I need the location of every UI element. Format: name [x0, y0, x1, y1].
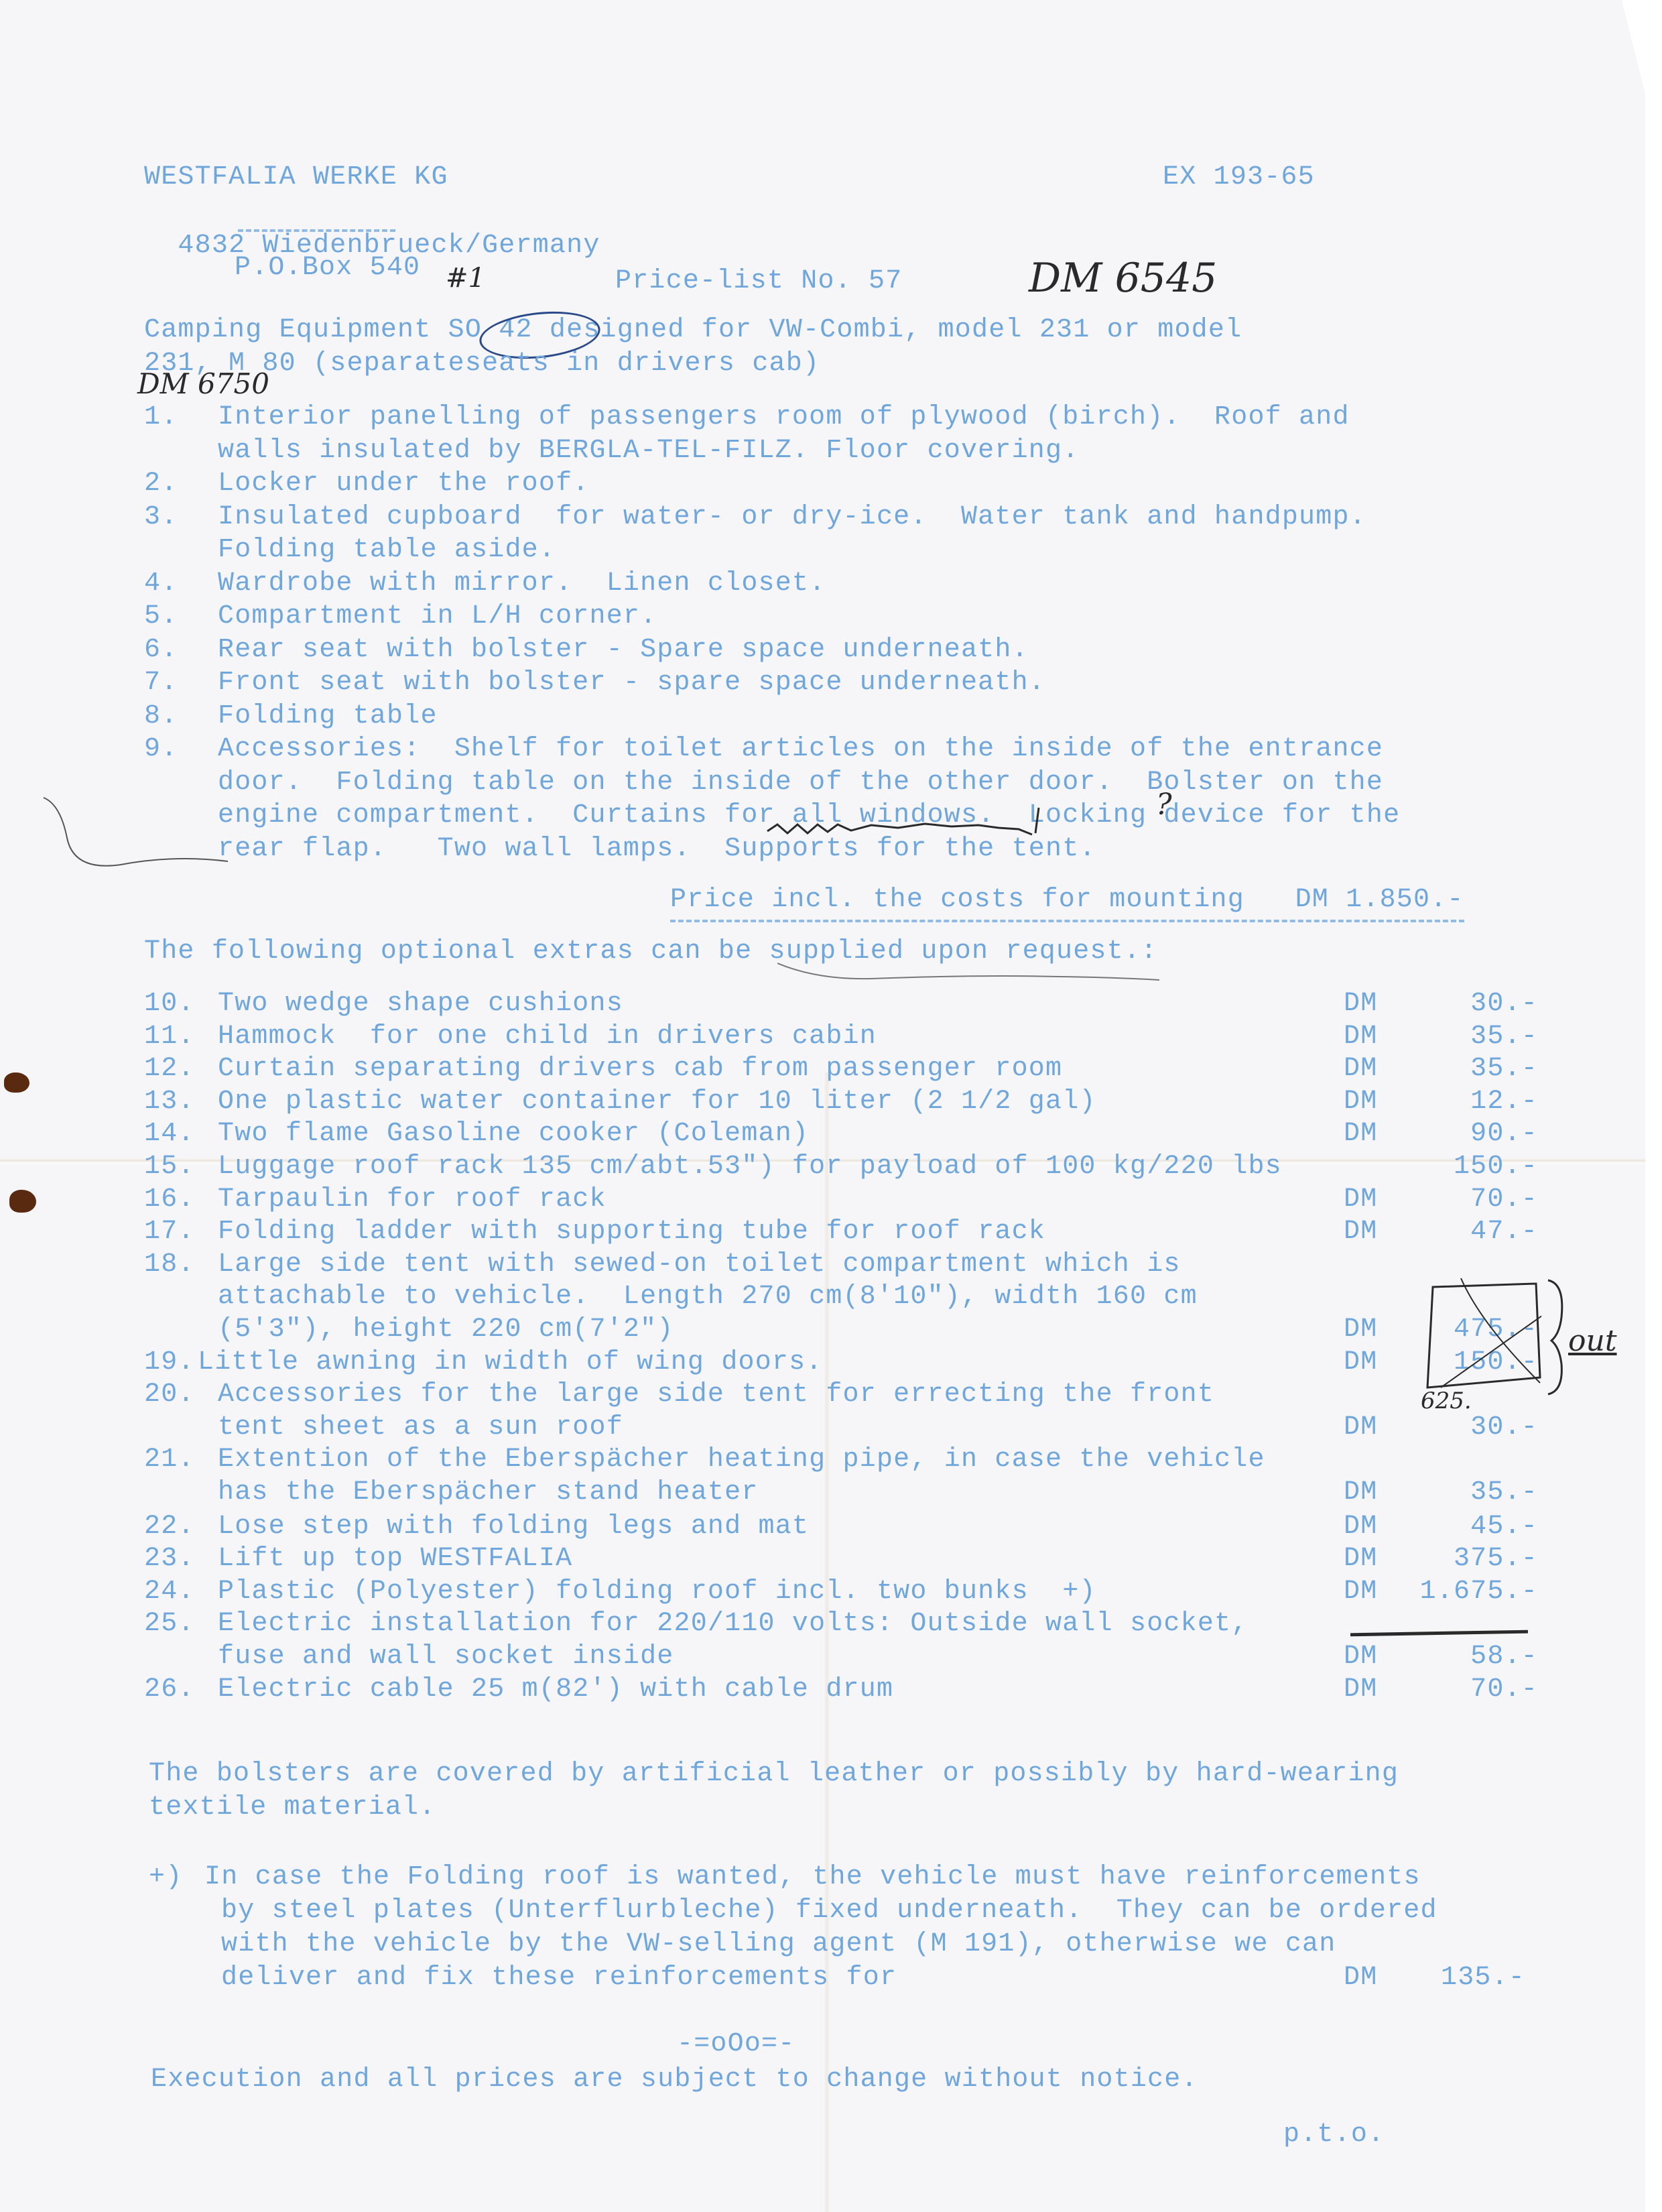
item-text: Electric installation for 220/110 volts:…	[218, 1607, 1248, 1641]
item-text: Folding ladder with supporting tube for …	[218, 1215, 1045, 1249]
currency-label: DM	[1344, 1640, 1377, 1674]
intro-text-a: Camping Equipment	[144, 315, 448, 345]
item-price: 58.-	[1470, 1640, 1538, 1674]
note-line: textile material.	[149, 1791, 436, 1825]
item-price: 375.-	[1454, 1542, 1538, 1576]
item-number: 10.	[144, 987, 195, 1021]
item-text: Tarpaulin for roof rack	[218, 1183, 606, 1217]
handwritten-out-note: out	[1568, 1324, 1617, 1358]
item-number: 12.	[144, 1052, 195, 1086]
divider-ornament: -=oOo=-	[677, 2028, 795, 2061]
currency-label: DM	[1344, 1052, 1377, 1086]
note-line: The bolsters are covered by artificial l…	[149, 1758, 1399, 1791]
item-number: 14.	[144, 1117, 195, 1151]
item-number: 22.	[144, 1510, 195, 1544]
item-number: 17.	[144, 1215, 195, 1249]
item-number: 20.	[144, 1378, 195, 1412]
handwritten-question-mark: ?	[1156, 788, 1172, 822]
item-text: Folding table	[218, 700, 438, 733]
item-text: fuse and wall socket inside	[218, 1640, 674, 1674]
footnote-marker: +)	[149, 1861, 182, 1894]
item-number: 15.	[144, 1150, 195, 1184]
item-number: 18.	[144, 1248, 195, 1282]
currency-label: DM	[1344, 1117, 1377, 1151]
item-number: 1.	[144, 401, 178, 434]
currency-label: DM	[1344, 1575, 1377, 1609]
reference-number: EX 193-65	[1163, 161, 1315, 194]
currency-label: DM	[1344, 1085, 1377, 1119]
reinforcement-price: 135.-	[1441, 1961, 1525, 1995]
item-number: 24.	[144, 1575, 195, 1609]
item-number: 16.	[144, 1183, 195, 1217]
item-price: 30.-	[1470, 1411, 1538, 1445]
item-text: Plastic (Polyester) folding roof incl. t…	[218, 1575, 1096, 1609]
item-text: Extention of the Eberspächer heating pip…	[218, 1443, 1265, 1477]
item-price: 47.-	[1470, 1215, 1538, 1249]
item-number: 19.	[144, 1346, 195, 1379]
item-price: 150.-	[1454, 1150, 1538, 1184]
item-text: Insulated cupboard for water- or dry-ice…	[218, 501, 1366, 534]
item-price: 90.-	[1470, 1117, 1538, 1151]
item-text: One plastic water container for 10 liter…	[218, 1085, 1096, 1119]
handwritten-margin-curve	[40, 791, 241, 898]
item-number: 25.	[144, 1607, 195, 1641]
item-text: Locker under the roof.	[218, 467, 590, 501]
item-text: Rear seat with bolster - Spare space und…	[218, 633, 1029, 667]
item-text: Accessories: Shelf for toilet articles o…	[218, 733, 1383, 766]
item-text: Electric cable 25 m(82') with cable drum	[218, 1673, 893, 1707]
currency-label: DM	[1344, 1346, 1377, 1379]
currency-label: DM	[1344, 1542, 1377, 1576]
disclaimer: Execution and all prices are subject to …	[151, 2063, 1198, 2097]
item-number: 23.	[144, 1542, 195, 1576]
currency-label: DM	[1344, 1313, 1377, 1347]
handwritten-sum: 625.	[1421, 1388, 1472, 1414]
item-text: Accessories for the large side tent for …	[218, 1378, 1214, 1412]
item-number: 2.	[144, 467, 178, 501]
item-price: 45.-	[1470, 1510, 1538, 1544]
item-number: 9.	[144, 733, 178, 766]
item-number: 5.	[144, 600, 178, 633]
intro-text-b: designed for VW-Combi, model 231 or mode…	[533, 315, 1242, 345]
handwritten-total-left: DM 6750	[137, 367, 269, 400]
item-text: Hammock for one child in drivers cabin	[218, 1020, 877, 1054]
footnote-line: with the vehicle by the VW-selling agent…	[221, 1928, 1336, 1961]
po-box: P.O.Box 540	[235, 251, 420, 285]
item-number: 8.	[144, 700, 178, 733]
item-number: 7.	[144, 666, 178, 700]
item-text: Compartment in L/H corner.	[218, 600, 657, 633]
item-price: 70.-	[1470, 1673, 1538, 1707]
currency-label: DM	[1344, 1020, 1377, 1054]
item-price: 1.675.-	[1420, 1575, 1538, 1609]
item-number: 13.	[144, 1085, 195, 1119]
base-price-amount: DM 1.850.-	[1295, 885, 1464, 915]
item-text: Interior panelling of passengers room of…	[218, 401, 1350, 434]
currency-label: DM	[1344, 1411, 1377, 1445]
item-price: 70.-	[1470, 1183, 1538, 1217]
company-name: WESTFALIA WERKE KG	[144, 161, 448, 194]
currency-label: DM	[1344, 1673, 1377, 1707]
currency-label: DM	[1344, 987, 1377, 1021]
item-text: attachable to vehicle. Length 270 cm(8'1…	[218, 1280, 1198, 1314]
handwritten-list-number: #1	[446, 263, 485, 294]
rust-stain	[9, 1190, 36, 1213]
item-number: 26.	[144, 1673, 195, 1707]
item-text: Lose step with folding legs and mat	[218, 1510, 809, 1544]
handwritten-total-top: DM 6545	[1029, 255, 1217, 302]
item-text: Lift up top WESTFALIA	[218, 1542, 572, 1576]
item-text: tent sheet as a sun roof	[218, 1411, 623, 1445]
price-list-number: Price-list No. 57	[615, 265, 902, 298]
currency-label: DM	[1344, 1215, 1377, 1249]
item-number: 6.	[144, 633, 178, 667]
footnote-line: by steel plates (Unterflurbleche) fixed …	[221, 1894, 1437, 1928]
item-price: 35.-	[1470, 1476, 1538, 1510]
item-price: 30.-	[1470, 987, 1538, 1021]
currency-label: DM	[1344, 1961, 1377, 1995]
item-price: 12.-	[1470, 1085, 1538, 1119]
item-text: (5'3"), height 220 cm(7'2")	[218, 1313, 674, 1347]
item-text: walls insulated by BERGLA-TEL-FILZ. Floo…	[218, 434, 1079, 468]
item-text: Two wedge shape cushions	[218, 987, 623, 1021]
handwritten-crossed-box	[1421, 1277, 1541, 1391]
currency-label: DM	[1344, 1476, 1377, 1510]
handwritten-squiggle	[764, 801, 1045, 841]
item-text: door. Folding table on the inside of the…	[218, 766, 1383, 800]
item-text: Luggage roof rack 135 cm/abt.53") for pa…	[218, 1150, 1282, 1184]
base-price-text: Price incl. the costs for mounting	[670, 885, 1244, 915]
item-text: Folding table aside.	[218, 534, 556, 567]
footnote-line: deliver and fix these reinforcements for	[221, 1961, 897, 1995]
item-price: 35.-	[1470, 1020, 1538, 1054]
item-text: Wardrobe with mirror. Linen closet.	[218, 567, 826, 601]
currency-label: DM	[1344, 1510, 1377, 1544]
footnote-line: In case the Folding roof is wanted, the …	[204, 1861, 1421, 1894]
handwritten-underline	[777, 960, 1166, 987]
currency-label: DM	[1344, 1183, 1377, 1217]
item-text: Large side tent with sewed-on toilet com…	[218, 1248, 1181, 1282]
item-text: has the Eberspächer stand heater	[218, 1476, 759, 1510]
item-number: 21.	[144, 1443, 195, 1477]
item-text: Front seat with bolster - spare space un…	[218, 666, 1045, 700]
item-text: Curtain separating drivers cab from pass…	[218, 1052, 1062, 1086]
item-text: Little awning in width of wing doors.	[198, 1346, 823, 1379]
please-turn-over: p.t.o.	[1283, 2118, 1385, 2152]
item-number: 3.	[144, 501, 178, 534]
base-price-label: Price incl. the costs for mounting DM 1.…	[670, 883, 1464, 922]
address-underline	[238, 229, 395, 232]
item-price: 35.-	[1470, 1052, 1538, 1086]
rust-stain	[4, 1072, 29, 1093]
item-number: 4.	[144, 567, 178, 601]
handwritten-brace	[1545, 1277, 1572, 1398]
item-text: Two flame Gasoline cooker (Coleman)	[218, 1117, 809, 1151]
item-number: 11.	[144, 1020, 195, 1054]
intro-line-1: Camping Equipment SO 42 designed for VW-…	[144, 314, 1242, 347]
